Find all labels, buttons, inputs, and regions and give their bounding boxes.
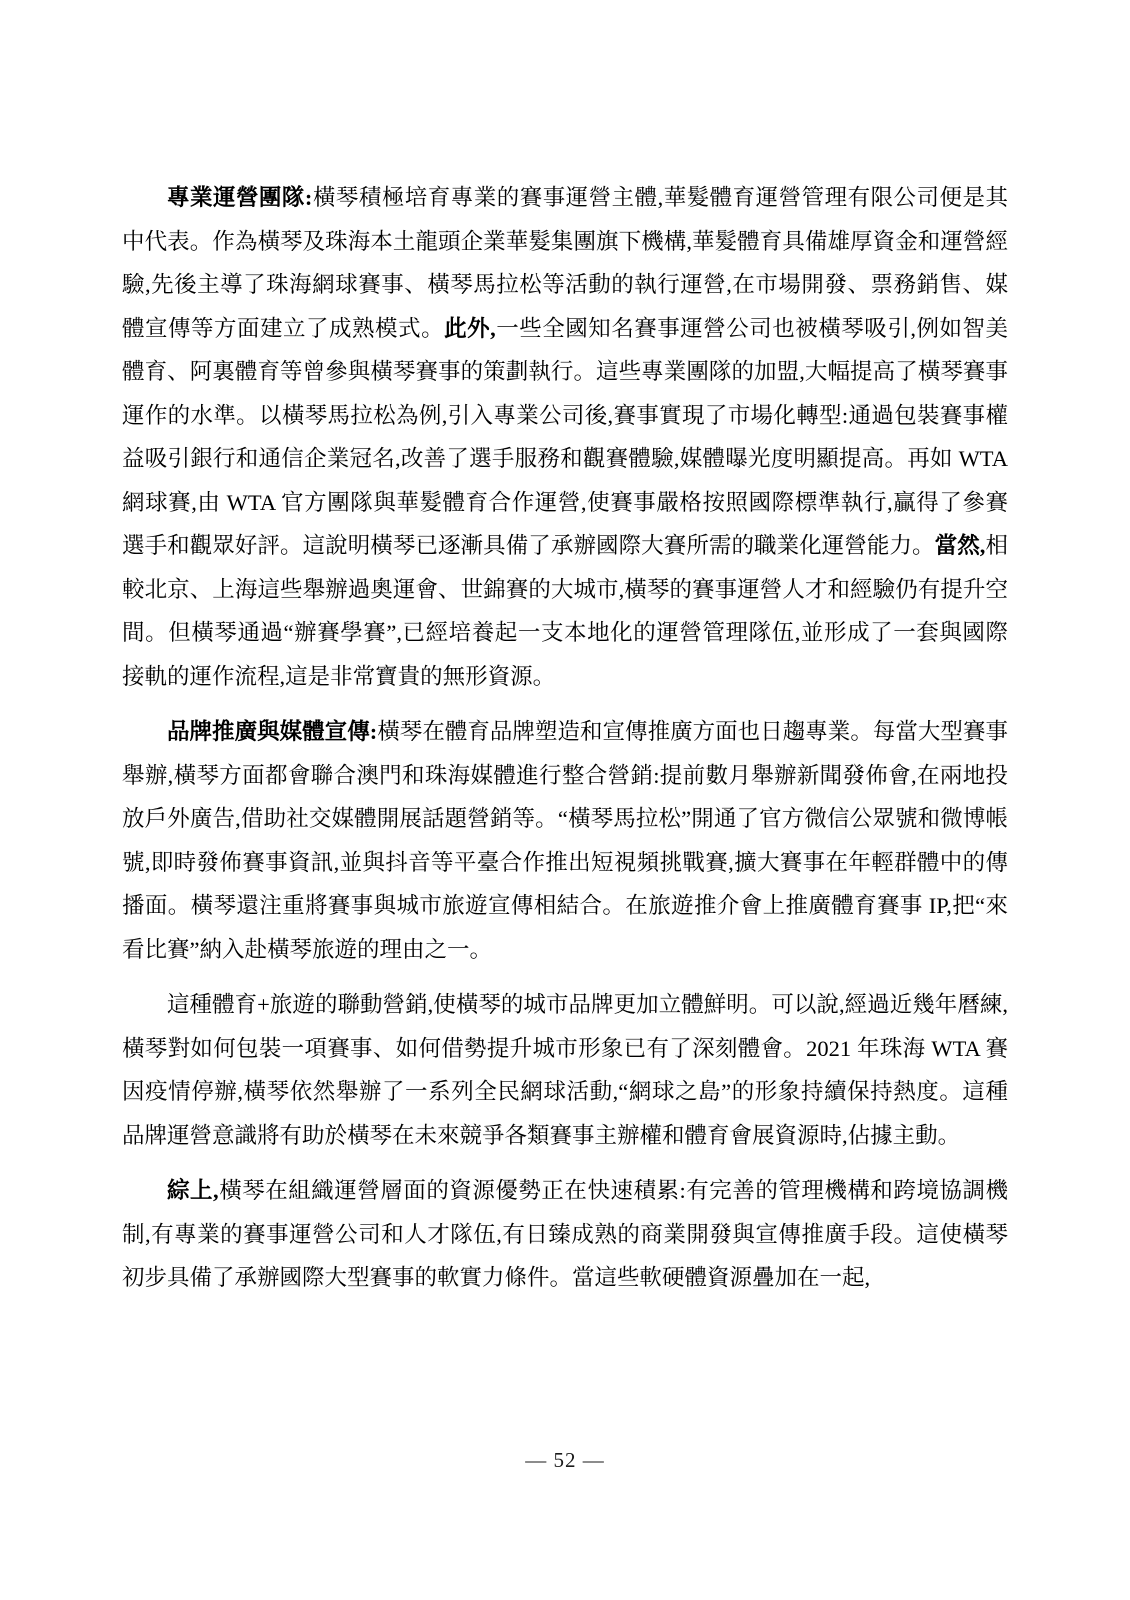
document-body: 專業運營團隊:橫琴積極培育專業的賽事運營主體,華髮體育運營管理有限公司便是其中代… — [122, 176, 1008, 1312]
body-text: 這種體育+旅遊的聯動營銷,使橫琴的城市品牌更加立體鮮明。可以說,經過近幾年曆練,… — [122, 992, 1008, 1148]
document-page: 專業運營團隊:橫琴積極培育專業的賽事運營主體,華髮體育運營管理有限公司便是其中代… — [0, 0, 1130, 1600]
paragraph: 綜上,橫琴在組織運營層面的資源優勢正在快速積累:有完善的管理機構和跨境協調機制,… — [122, 1169, 1008, 1300]
body-text: 橫琴在體育品牌塑造和宣傳推廣方面也日趨專業。每當大型賽事舉辦,橫琴方面都會聯合澳… — [122, 719, 1008, 962]
paragraph: 專業運營團隊:橫琴積極培育專業的賽事運營主體,華髮體育運營管理有限公司便是其中代… — [122, 176, 1008, 698]
paragraph: 品牌推廣與媒體宣傳:橫琴在體育品牌塑造和宣傳推廣方面也日趨專業。每當大型賽事舉辦… — [122, 710, 1008, 971]
emphasis-text: 專業運營團隊: — [167, 185, 312, 210]
paragraph: 這種體育+旅遊的聯動營銷,使橫琴的城市品牌更加立體鮮明。可以說,經過近幾年曆練,… — [122, 983, 1008, 1157]
page-number: — 52 — — [525, 1448, 605, 1472]
emphasis-text: 品牌推廣與媒體宣傳: — [167, 719, 377, 744]
page-footer: — 52 — — [0, 1448, 1130, 1473]
emphasis-text: 當然, — [935, 533, 986, 558]
body-text: 一些全國知名賽事運營公司也被橫琴吸引,例如智美體育、阿裏體育等曾參與橫琴賽事的策… — [122, 316, 1008, 559]
body-text: 橫琴在組織運營層面的資源優勢正在快速積累:有完善的管理機構和跨境協調機制,有專業… — [122, 1178, 1008, 1290]
emphasis-text: 此外, — [444, 316, 496, 341]
emphasis-text: 綜上, — [167, 1178, 219, 1203]
